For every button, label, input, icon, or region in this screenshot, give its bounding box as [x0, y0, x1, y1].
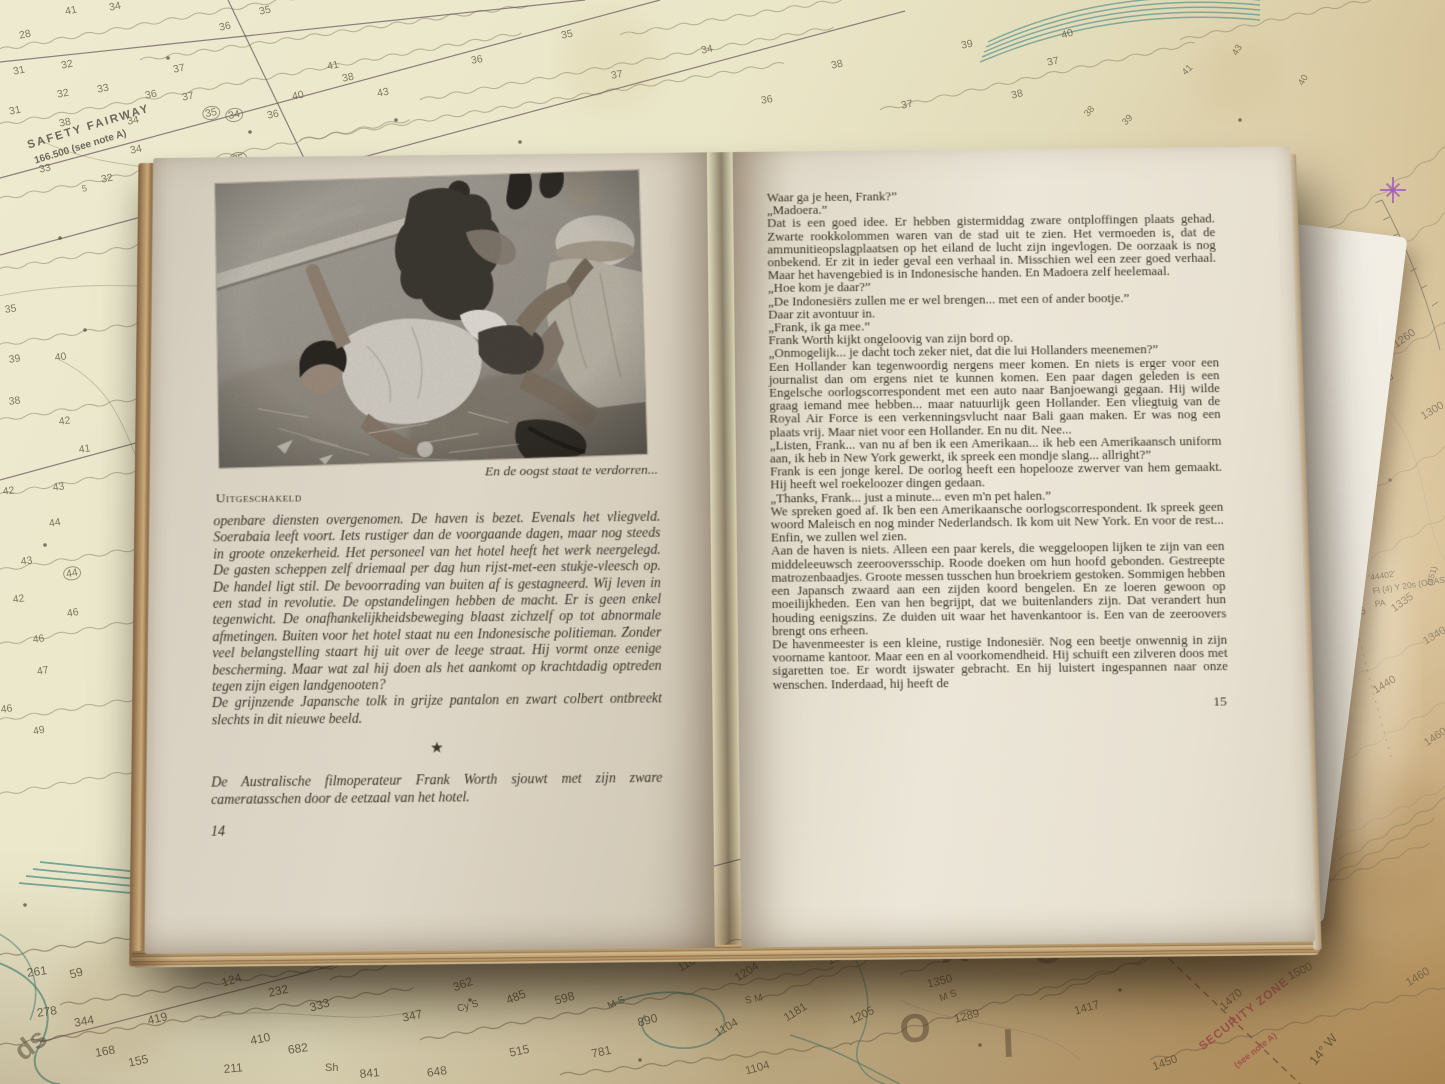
chart-label: 34 — [700, 43, 714, 57]
right-page: Waar ga je heen, Frank?”„Madoera.”Dat is… — [733, 146, 1316, 947]
chart-label: 232 — [267, 982, 290, 1000]
chart-label: 155 — [127, 1052, 150, 1070]
chart-label: 648 — [426, 1063, 448, 1080]
chart-label: 36 — [266, 108, 280, 122]
chart-label: 515 — [508, 1042, 531, 1060]
chart-label: 419 — [146, 1009, 169, 1027]
right-page-paragraph: Een Hollander kan tegenwoordig nergens m… — [769, 355, 1221, 438]
chart-label: 41 — [1180, 63, 1195, 78]
chart-label: (see note A) — [1232, 1030, 1278, 1069]
chart-label: 49 — [32, 724, 46, 738]
right-page-paragraph: We spreken goed af. Ik ben een Amerikaan… — [770, 500, 1224, 544]
chart-label: 261 — [26, 963, 48, 980]
chart-label: ds — [8, 1022, 53, 1067]
chart-label: 44 — [62, 565, 82, 582]
chart-label: 34 — [224, 106, 244, 123]
chart-label: 36 — [144, 88, 158, 102]
chart-label: 781 — [590, 1043, 613, 1061]
chart-label: O — [898, 1006, 932, 1053]
chart-label: 36 — [760, 93, 774, 107]
section-divider-star: ★ — [211, 736, 662, 760]
chart-label: 46 — [0, 702, 13, 716]
left-page-paragraph-1: openbare diensten overgenomen. De haven … — [212, 509, 662, 696]
right-page-paragraph: Aan de haven is niets. Alleen een paar k… — [771, 539, 1227, 637]
chart-label: 41 — [64, 4, 78, 18]
chart-label: 37 — [610, 68, 624, 82]
chart-label: 485 — [504, 986, 528, 1006]
chart-label: 33 — [96, 82, 110, 96]
chart-label: 34 — [108, 0, 122, 14]
chart-label: 211 — [223, 1060, 243, 1076]
chart-label: 32 — [100, 172, 114, 186]
chart-label: 35 — [258, 4, 272, 18]
chart-label: 36 — [470, 53, 484, 67]
chart-label: 344 — [73, 1013, 95, 1030]
chart-label: 41 — [78, 442, 91, 456]
chart-label: Sh — [325, 1062, 338, 1074]
chart-label: 31 — [8, 104, 22, 118]
right-page-paragraph: Dat is een goed idee. Er hebben gistermi… — [767, 212, 1217, 281]
chart-label: 36 — [218, 20, 232, 34]
chart-label: 5 — [81, 183, 88, 194]
photo-of-open-book-on-nautical-chart: SAFETY FAIRWAY166.500 (see note A)284134… — [0, 0, 1445, 1084]
chart-label: 38 — [341, 71, 355, 85]
chart-label: 124 — [220, 970, 243, 989]
chart-label: 47 — [36, 664, 50, 678]
chart-label: M S — [606, 994, 627, 1011]
chart-label: 278 — [36, 1003, 58, 1020]
chart-label: 28 — [18, 28, 32, 42]
chart-label: 32 — [56, 87, 70, 101]
page-number-right: 15 — [773, 693, 1227, 714]
chart-label: 1335 — [1389, 591, 1416, 615]
chart-label: 43 — [376, 86, 390, 100]
chart-label: I — [1002, 1022, 1015, 1067]
chart-label: 42 — [58, 414, 71, 428]
chart-label: 35 — [201, 104, 221, 121]
chart-label: 35 — [560, 28, 574, 42]
chart-label: 1204 — [733, 960, 761, 984]
chart-label: 841 — [359, 1065, 380, 1081]
photo-caption-title: Uitgeschakeld — [216, 489, 302, 506]
chart-label: 38 — [1082, 104, 1097, 119]
chart-label: M S — [938, 988, 958, 1004]
chart-label: 37 — [181, 90, 195, 104]
chart-label: 59 — [68, 965, 85, 982]
chart-label: 37 — [900, 98, 914, 112]
chart-label: 40 — [291, 89, 305, 103]
chart-label: 347 — [401, 1007, 424, 1025]
chart-label: 40 — [1060, 27, 1075, 42]
chart-label: 39 — [8, 352, 21, 366]
right-page-paragraph: De havenmeester is een kleine, rustige I… — [772, 632, 1228, 690]
chart-label: Cy S — [456, 998, 480, 1014]
left-page: En de oogst staat te verdorren... Uitges… — [145, 152, 715, 954]
chart-label: 32 — [60, 58, 74, 72]
chart-label: 410 — [249, 1030, 272, 1048]
chart-label: 43 — [1230, 43, 1245, 58]
chart-label: 40 — [54, 350, 67, 364]
chart-label: 1460 — [1404, 965, 1432, 989]
left-page-text: openbare diensten overgenomen. De haven … — [211, 509, 663, 841]
chart-label: 1181 — [782, 1001, 809, 1024]
chart-label: 38 — [830, 58, 844, 72]
chart-label: 31 — [12, 64, 26, 78]
photo-captions: En de oogst staat te verdorren... Uitges… — [214, 459, 661, 514]
chart-label: 39 — [960, 38, 974, 52]
chart-label: 39 — [1120, 113, 1135, 128]
chart-label: 1500 — [1286, 961, 1314, 983]
chart-label: 38 — [1010, 87, 1024, 101]
war-photograph — [215, 170, 647, 468]
chart-label: 1450 — [1151, 1053, 1179, 1073]
page-number-left: 14 — [211, 820, 663, 841]
chart-label: 1460 — [1422, 725, 1445, 749]
chart-label: 1104 — [713, 1017, 740, 1040]
chart-label: SECURITY ZONE — [1196, 974, 1291, 1053]
chart-label: 40 — [1296, 73, 1311, 88]
chart-label: 1417 — [1073, 999, 1101, 1018]
chart-label: 43 — [20, 554, 33, 568]
chart-label: 168 — [94, 1043, 116, 1060]
chart-label: 38 — [58, 116, 72, 130]
chart-label: 890 — [636, 1011, 659, 1030]
chart-label: 44 — [48, 516, 62, 530]
chart-label: PA — [1374, 597, 1386, 609]
chart-label: 34 — [126, 114, 140, 128]
right-page-text: Waar ga je heen, Frank?”„Madoera.”Dat is… — [767, 186, 1229, 714]
chart-label: 333 — [308, 995, 331, 1014]
chart-label: 35 — [4, 302, 17, 316]
chart-label: 34 — [129, 143, 143, 157]
chart-label: 1289 — [953, 1008, 981, 1026]
chart-label: 37 — [172, 62, 186, 76]
chart-label: 362 — [451, 974, 475, 994]
chart-label: 682 — [287, 1040, 309, 1057]
chart-label: 41 — [326, 59, 340, 73]
chart-label: 1300 — [1419, 399, 1445, 422]
chart-label: 14° W — [1306, 1031, 1340, 1068]
photo-wounded-man-on-ground — [215, 170, 647, 468]
chart-label: 37 — [1046, 55, 1060, 69]
chart-label: 46 — [66, 606, 80, 620]
chart-label: 1205 — [848, 1005, 876, 1027]
chart-label: 42 — [2, 484, 15, 498]
left-page-paragraph-3: De Australische filmoperateur Frank Wort… — [211, 770, 663, 808]
chart-label: 1350 — [926, 973, 954, 991]
chart-label: 598 — [553, 989, 576, 1008]
chart-label: 1340 — [1421, 624, 1445, 647]
open-book: En de oogst staat te verdorren... Uitges… — [145, 146, 1316, 954]
chart-label: 33 — [38, 162, 52, 176]
chart-label: 1104 — [744, 1059, 771, 1077]
chart-label: 38 — [8, 394, 21, 408]
chart-label: 1440 — [1371, 673, 1398, 696]
chart-label: 46 — [32, 632, 45, 646]
chart-label: S M — [744, 992, 764, 1006]
left-page-paragraph-2: De grijnzende Japansche tolk in grijze p… — [212, 691, 662, 729]
photo-caption-italic: En de oogst staat te verdorren... — [485, 462, 658, 480]
chart-label: 42 — [12, 592, 25, 606]
chart-label: 43 — [52, 480, 65, 494]
